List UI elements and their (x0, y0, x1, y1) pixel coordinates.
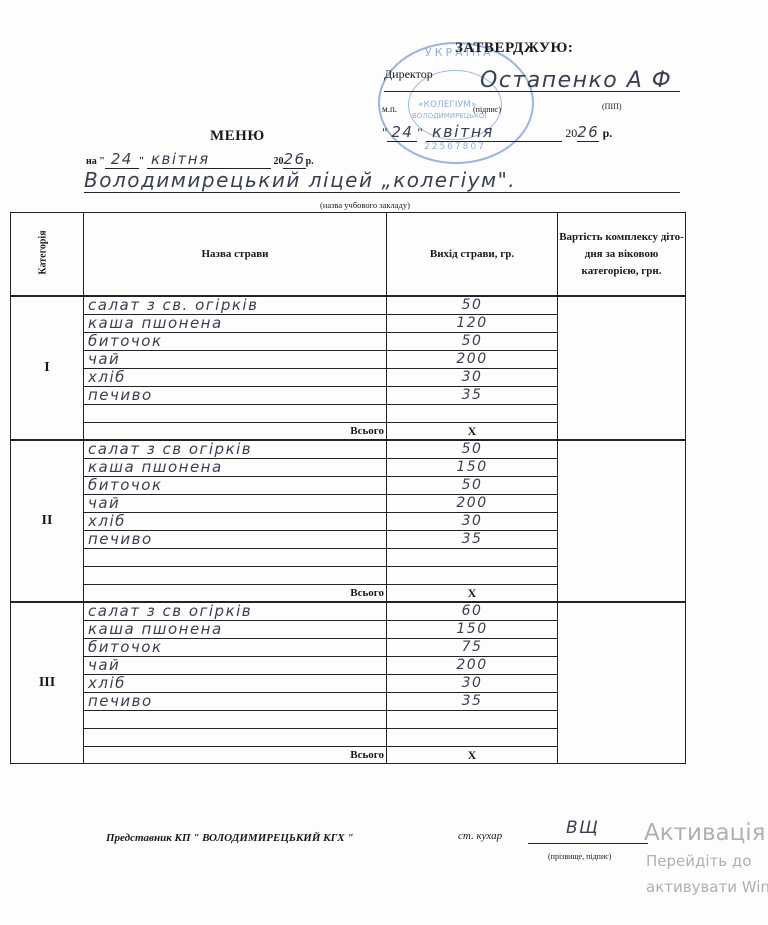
total-value: X (387, 423, 558, 441)
dish-name-cell: чай (84, 351, 387, 369)
category-cell: II (11, 440, 84, 602)
total-label: Всього (84, 747, 387, 764)
cook-caption: (прізвище, підпис) (548, 852, 611, 861)
dish-output-cell (387, 405, 558, 423)
header-output: Вихід страви, гр. (387, 213, 558, 297)
dish-name-cell: биточок (84, 639, 387, 657)
category-cell: III (11, 602, 84, 764)
cost-cell (558, 440, 686, 602)
approval-year: 26 (577, 123, 599, 142)
date-quote: " (139, 156, 145, 167)
school-caption: (назва учбового закладу) (320, 200, 410, 210)
dish-name-cell: биточок (84, 477, 387, 495)
year-prefix: 20 (273, 156, 283, 167)
dish-output-cell (387, 729, 558, 747)
table-row: IIIсалат з св огірків60 (11, 602, 686, 621)
dish-name-cell: чай (84, 495, 387, 513)
approval-title: ЗАТВЕРДЖУЮ: (455, 40, 573, 57)
menu-date: на "24" квітня 2026р. (86, 150, 314, 169)
dish-output-cell: 30 (387, 513, 558, 531)
pib-caption: (ПІП) (602, 102, 622, 111)
dish-name-cell (84, 549, 387, 567)
dish-output-cell: 30 (387, 369, 558, 387)
dish-name-cell: хліб (84, 675, 387, 693)
cook-signature-line (528, 843, 648, 844)
date-quote: " (417, 125, 422, 140)
dish-name-cell: хліб (84, 513, 387, 531)
header-category: Категорія (11, 213, 84, 297)
dish-name-cell: каша пшонена (84, 621, 387, 639)
sign-caption: (підпис) (473, 105, 501, 114)
dish-name-cell: биточок (84, 333, 387, 351)
dish-output-cell: 60 (387, 602, 558, 621)
mp-label: м.п. (382, 104, 397, 114)
year-end: р. (306, 156, 314, 167)
dish-output-cell (387, 711, 558, 729)
menu-year: 26 (283, 150, 305, 169)
table-body: Iсалат з св. огірків50каша пшонена120бит… (11, 296, 686, 764)
year-end: р. (603, 126, 613, 140)
dish-output-cell: 35 (387, 387, 558, 405)
dish-name-cell: чай (84, 657, 387, 675)
representative-label: Представник КП " ВОЛОДИМИРЕЦЬКИЙ КГХ " (106, 832, 353, 844)
year-prefix: 20 (565, 126, 577, 140)
menu-month: квітня (147, 150, 271, 169)
total-value: X (387, 585, 558, 603)
dish-output-cell: 150 (387, 621, 558, 639)
activation-watermark-line3: активувати Windows (646, 878, 768, 896)
dish-output-cell: 50 (387, 440, 558, 459)
menu-table: Категорія Назва страви Вихід страви, гр.… (10, 212, 686, 764)
dish-name-cell: печиво (84, 387, 387, 405)
activation-watermark-title[interactable]: Активація (644, 820, 766, 846)
dish-output-cell (387, 567, 558, 585)
date-prefix: на " (86, 156, 105, 167)
dish-name-cell: салат з св огірків (84, 602, 387, 621)
header-cost: Вартість комплексу діто-дня за віковою к… (558, 213, 686, 297)
approval-day: 24 (387, 123, 417, 142)
dish-name-cell: салат з св огірків (84, 440, 387, 459)
dish-name-cell (84, 729, 387, 747)
total-label: Всього (84, 423, 387, 441)
table-row: Iсалат з св. огірків50 (11, 296, 686, 315)
cost-cell (558, 602, 686, 764)
dish-output-cell: 50 (387, 296, 558, 315)
total-value: X (387, 747, 558, 764)
school-name: Володимирецький ліцей „колегіум". (84, 168, 680, 193)
table-row: IIсалат з св огірків50 (11, 440, 686, 459)
dish-output-cell: 75 (387, 639, 558, 657)
header-category-label: Категорія (38, 230, 49, 274)
dish-output-cell (387, 549, 558, 567)
dish-output-cell: 200 (387, 657, 558, 675)
dish-name-cell: хліб (84, 369, 387, 387)
dish-output-cell: 120 (387, 315, 558, 333)
dish-output-cell: 200 (387, 495, 558, 513)
dish-name-cell (84, 405, 387, 423)
dish-output-cell: 35 (387, 693, 558, 711)
category-cell: I (11, 296, 84, 440)
activation-watermark-line2: Перейдіть до (646, 852, 751, 870)
approval-month: квітня (426, 122, 562, 142)
dish-output-cell: 200 (387, 351, 558, 369)
dish-output-cell: 50 (387, 333, 558, 351)
director-label: Директор (384, 67, 433, 82)
dish-output-cell: 50 (387, 477, 558, 495)
cook-label: ст. кухар (458, 830, 502, 842)
director-signature-line (384, 91, 680, 92)
header-dish-name: Назва страви (84, 213, 387, 297)
cost-cell (558, 296, 686, 440)
dish-output-cell: 150 (387, 459, 558, 477)
menu-day: 24 (105, 150, 139, 169)
dish-name-cell: салат з св. огірків (84, 296, 387, 315)
dish-name-cell (84, 711, 387, 729)
cook-signature: ВЩ (566, 818, 599, 838)
total-label: Всього (84, 585, 387, 603)
stamp-inner-text: «КОЛЕГІУМ» (418, 100, 476, 110)
dish-name-cell: печиво (84, 531, 387, 549)
menu-title: МЕНЮ (210, 128, 265, 145)
dish-output-cell: 35 (387, 531, 558, 549)
director-signature: Остапенко А Ф (480, 68, 672, 93)
dish-name-cell: каша пшонена (84, 315, 387, 333)
dish-name-cell: печиво (84, 693, 387, 711)
stamp-code: 22567807 (424, 142, 486, 152)
approval-date: "24" квітня 2026 р. (382, 122, 612, 142)
dish-output-cell: 30 (387, 675, 558, 693)
table-header-row: Категорія Назва страви Вихід страви, гр.… (11, 213, 686, 297)
dish-name-cell: каша пшонена (84, 459, 387, 477)
dish-name-cell (84, 567, 387, 585)
